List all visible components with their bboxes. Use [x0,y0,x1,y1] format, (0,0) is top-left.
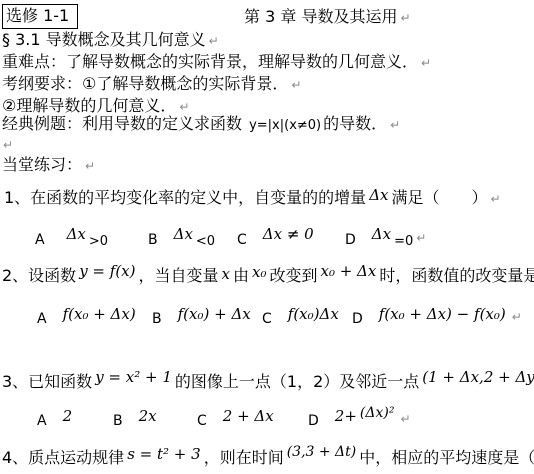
q1-option-b-math: Δx [174,224,193,244]
q1-option-a-math: Δx [67,224,86,244]
q3-option-d: D2+(Δx)²↵ [308,408,411,429]
q2-option-d-math: f(x₀ + Δx) − f(x₀) [379,304,506,324]
q1-option-a-tail: >0 [89,234,108,249]
classic-example-prefix: 经典例题：利用导数的定义求函数 [2,114,247,133]
q1-option-c-label: C [237,232,247,248]
key-points-line: 重难点：了解导数概念的实际背景，理解导数的几何意义．↵ [2,52,431,73]
q1-option-a: AΔx>0 [35,227,108,249]
paragraph-mark-icon: ↵ [179,100,189,114]
section-heading: § 3.1 导数概念及其几何意义↵ [2,30,219,51]
paragraph-mark-icon: ↵ [512,310,522,324]
question-4: 4、质点运动规律s = t² + 3，则在时间(3,3 + Δt)中，相应的平均… [2,448,534,469]
question-1: 1、在函数的平均变化率的定义中，自变量的的增量Δx满足（ ）↵ [4,188,501,209]
classic-example-suffix: 的导数． [323,114,387,133]
section-heading-text: § 3.1 导数概念及其几何意义 [2,30,206,49]
q3-option-d-math: 2+ [335,406,357,426]
practice-heading-text: 当堂练习： [2,155,82,174]
q2-m3: x₀ [252,262,266,282]
q3-option-a-math: 2 [63,406,73,426]
q2-option-d: Df(x₀ + Δx) − f(x₀)↵ [352,306,522,327]
q4-m1: s = t² + 3 [127,444,201,464]
q1-option-d-label: D [345,232,356,248]
paragraph-mark-icon: ↵ [400,11,410,25]
q2-p5: 时，函数值的改变量是（ ） [379,266,534,285]
q4-p1: 4、质点运动规律 [2,448,124,467]
chapter-title: 第 3 章 导数及其运用↵ [244,7,411,28]
key-points-text: 重难点：了解导数概念的实际背景，理解导数的几何意义． [2,52,418,71]
paragraph-mark-icon: ↵ [416,231,426,245]
q3-option-b: B2x [113,408,160,429]
paragraph-mark-icon: ↵ [209,34,219,48]
q2-option-b-label: B [152,311,162,327]
q2-m2: x [222,264,230,284]
question-2: 2、设函数y = f(x)，当自变量x由x₀改变到x₀ + Δx时，函数值的改变… [2,266,534,286]
q2-p3: 由 [233,266,249,285]
paragraph-mark-icon: ↵ [400,412,410,426]
q2-p4: 改变到 [269,266,317,285]
q1-option-d-tail: =0 [394,234,413,249]
q1-option-a-label: A [35,232,45,248]
q1-option-b: BΔx<0 [148,227,215,249]
q3-option-c-math: 2 + Δx [223,406,274,426]
q3-m2: (1 + Δx,2 + Δy) [422,367,534,387]
q2-option-b: Bf(x₀) + Δx [152,306,254,327]
q1-option-b-tail: <0 [196,234,215,249]
q2-m1: y = f(x) [79,261,135,281]
q3-option-b-math: 2x [139,406,157,426]
q3-option-c-label: C [197,413,207,429]
q2-option-c-math: f(x₀)Δx [288,304,339,324]
q3-option-c: C2 + Δx [197,408,277,429]
q3-p2: 的图像上一点（1，2）及邻近一点 [175,372,419,391]
q2-option-b-math: f(x₀) + Δx [178,304,251,324]
q3-option-a: A2 [37,408,75,429]
paragraph-mark-icon: ↵ [491,192,501,206]
q2-option-a-math: f(x₀ + Δx) [63,304,136,324]
q2-option-c-label: C [262,311,272,327]
syllabus-line-1: 考纲要求：①了解导数概念的实际背景．↵ [2,74,301,95]
paragraph-mark-icon: ↵ [85,159,95,173]
q1-option-d-math: Δx [372,224,391,244]
q1-option-c-math: Δx ≠ 0 [263,224,314,244]
paragraph-mark-icon: ↵ [390,118,400,132]
q3-option-d-sup: (Δx)² [360,403,395,423]
q4-m2: (3,3 + Δt) [287,442,357,462]
q4-p2: ，则在时间 [204,448,284,467]
q2-m4: x₀ + Δx [320,261,376,281]
syllabus-line-1-text: 考纲要求：①了解导数概念的实际背景． [2,74,288,93]
q2-option-d-label: D [352,311,363,327]
q1-prefix: 1、在函数的平均变化率的定义中，自变量的的增量 [4,188,366,207]
q1-option-d: DΔx=0↵ [345,227,426,249]
q3-option-d-label: D [308,413,319,429]
q2-option-a: Af(x₀ + Δx) [37,306,139,327]
q2-option-c: Cf(x₀)Δx [262,306,342,327]
classic-example-formula: y=|x|(x≠0) [249,116,321,136]
q2-p1: 2、设函数 [2,266,76,285]
paragraph-mark-icon: ↵ [3,138,13,152]
q2-p2: ，当自变量 [138,266,218,285]
q3-option-a-label: A [37,413,47,429]
q3-p1: 3、已知函数 [2,372,92,391]
practice-heading: 当堂练习：↵ [2,155,95,176]
empty-paragraph: ↵ [3,134,13,155]
q3-option-b-label: B [113,413,123,429]
edition-badge: 选修 1-1 [2,4,78,29]
q1-option-c: CΔx ≠ 0 [237,227,317,248]
classic-example-line: 经典例题：利用导数的定义求函数 y=|x|(x≠0)的导数．↵ [2,114,400,136]
q1-suffix: 满足（ ） [391,188,487,207]
paragraph-mark-icon: ↵ [421,56,431,70]
worksheet-page: 选修 1-1 第 3 章 导数及其运用↵ § 3.1 导数概念及其几何意义↵ 重… [0,0,534,474]
q2-option-a-label: A [37,311,47,327]
q1-formula: Δx [369,185,388,205]
syllabus-line-2-text: ②理解导数的几何意义． [2,96,176,115]
q1-option-b-label: B [148,232,158,248]
question-3: 3、已知函数y = x² + 1的图像上一点（1，2）及邻近一点(1 + Δx,… [2,366,534,399]
q3-m1: y = x² + 1 [95,367,172,387]
chapter-title-text: 第 3 章 导数及其运用 [244,7,397,26]
paragraph-mark-icon: ↵ [291,78,301,92]
q4-p3: 中，相应的平均速度是（ ） [359,448,534,467]
